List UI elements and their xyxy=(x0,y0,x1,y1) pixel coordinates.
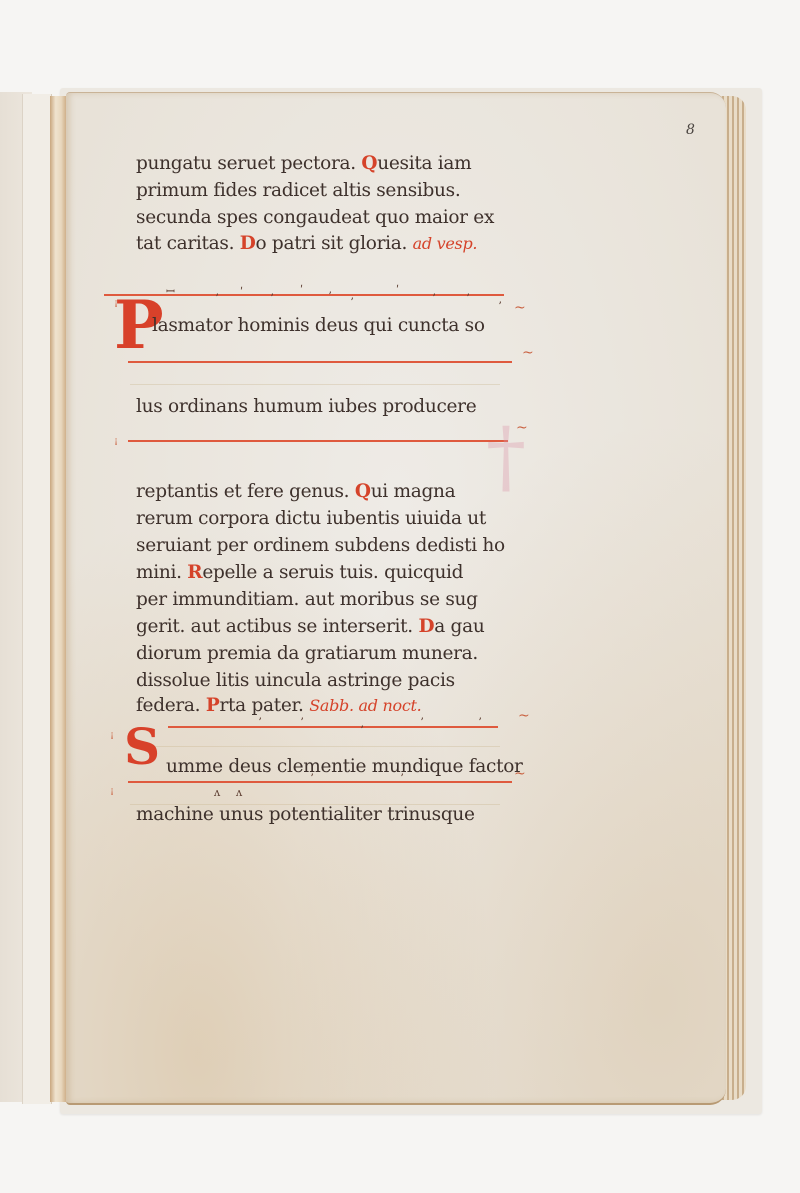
text-segment: per immunditiam. aut moribus se sug xyxy=(136,589,478,610)
text-line: reptantis et fere genus. Qui magna xyxy=(136,481,455,502)
rubricated-initial: R xyxy=(187,562,202,583)
staff-line xyxy=(168,726,498,728)
custos-mark: ~ xyxy=(518,708,530,724)
rubricated-initial: D xyxy=(418,616,434,637)
staff-line xyxy=(128,361,512,363)
neume: ʼ xyxy=(466,292,470,305)
text-line: dissolue litis uincula astringe pacis xyxy=(136,670,455,691)
neume: ʼ xyxy=(258,716,262,729)
manuscript-photo: 8 pungatu seruet pectora. Quesita iam pr… xyxy=(0,0,800,1193)
neume: ʌ xyxy=(214,786,220,799)
chant-text-line: lasmator hominis deus qui cuncta so xyxy=(152,315,485,336)
text-line: seruiant per ordinem subdens dedisti ho xyxy=(136,535,505,556)
ruling-line xyxy=(130,384,500,385)
rubricated-initial: D xyxy=(240,233,256,254)
custos-mark: ~ xyxy=(522,345,534,361)
rubric: ad vesp. xyxy=(413,234,478,253)
text-line: per immunditiam. aut moribus se sug xyxy=(136,589,478,610)
chant-text-line: lus ordinans humum iubes producere xyxy=(136,396,476,417)
neume: ʼ xyxy=(360,724,364,737)
text-segment: mini. xyxy=(136,562,182,583)
text-segment: pungatu seruet pectora. xyxy=(136,153,356,174)
neume: ʼ xyxy=(270,292,274,305)
staff-line xyxy=(104,294,504,296)
neume: ʼ xyxy=(328,290,332,303)
text-segment: rerum corpora dictu iubentis uiuida ut xyxy=(136,508,486,529)
text-line: secunda spes congaudeat quo maior ex xyxy=(136,207,494,228)
neume: ꟷ xyxy=(166,284,175,299)
rubric: Sabb. ad noct. xyxy=(309,696,421,715)
text-line: federa. Prta pater. Sabb. ad noct. xyxy=(136,695,421,716)
text-line: pungatu seruet pectora. Quesita iam xyxy=(136,153,471,174)
ruling-line xyxy=(130,746,500,747)
text-line: rerum corpora dictu iubentis uiuida ut xyxy=(136,508,486,529)
clef-mark: ꜟ xyxy=(114,430,118,449)
neume: ʼ xyxy=(420,716,424,729)
neume: ʹ xyxy=(300,284,303,297)
text-segment: o patri sit gloria. xyxy=(256,233,408,254)
text-segment: ui magna xyxy=(371,481,456,502)
text-segment: uesita iam xyxy=(377,153,471,174)
text-segment: seruiant per ordinem subdens dedisti ho xyxy=(136,535,505,556)
binding-strip xyxy=(22,94,52,1104)
neume: ʼ xyxy=(498,300,502,313)
text-line: diorum premia da gratiarum munera. xyxy=(136,643,478,664)
neume: ʼ xyxy=(300,716,304,729)
text-segment: diorum premia da gratiarum munera. xyxy=(136,643,478,664)
rubricated-initial: Q xyxy=(355,481,371,502)
neume: ʹ xyxy=(396,284,399,297)
text-segment: reptantis et fere genus. xyxy=(136,481,349,502)
text-line: mini. Repelle a seruis tuis. quicquid xyxy=(136,562,463,583)
text-segment: a gau xyxy=(434,616,484,637)
rubricated-initial: P xyxy=(206,695,220,716)
neume: ʼ xyxy=(350,296,354,309)
staff-line xyxy=(128,440,508,442)
staff-line xyxy=(128,781,512,783)
text-line: tat caritas. Do patri sit gloria. ad ves… xyxy=(136,233,477,254)
text-segment: rta pater. xyxy=(219,695,303,716)
text-segment: dissolue litis uincula astringe pacis xyxy=(136,670,455,691)
neume: ʹ xyxy=(240,286,243,299)
chant-text-line: machine unus potentialiter trinusque xyxy=(136,804,475,825)
clef-mark: ꜟ xyxy=(110,780,114,799)
chant-text-line: umme deus clementie mundique factor xyxy=(166,756,523,777)
text-segment: tat caritas. xyxy=(136,233,234,254)
rubricated-initial: Q xyxy=(361,153,377,174)
neume: ʼ xyxy=(215,292,219,305)
custos-mark: ~ xyxy=(514,300,526,316)
neume: ʌ xyxy=(236,786,242,799)
text-line: primum fides radicet altis sensibus. xyxy=(136,180,460,201)
decorated-initial: S xyxy=(124,720,160,774)
text-segment: federa. xyxy=(136,695,200,716)
neume: ʼ xyxy=(478,716,482,729)
clef-mark: ꜟ xyxy=(110,724,114,743)
text-segment: secunda spes congaudeat quo maior ex xyxy=(136,207,494,228)
text-line: gerit. aut actibus se interserit. Da gau xyxy=(136,616,484,637)
neume: ʼ xyxy=(432,292,436,305)
text-segment: epelle a seruis tuis. quicquid xyxy=(202,562,463,583)
gutter xyxy=(50,96,66,1102)
text-segment: primum fides radicet altis sensibus. xyxy=(136,180,460,201)
show-through-mark: † xyxy=(486,410,526,503)
text-segment: gerit. aut actibus se interserit. xyxy=(136,616,413,637)
folio-number: 8 xyxy=(686,122,695,138)
